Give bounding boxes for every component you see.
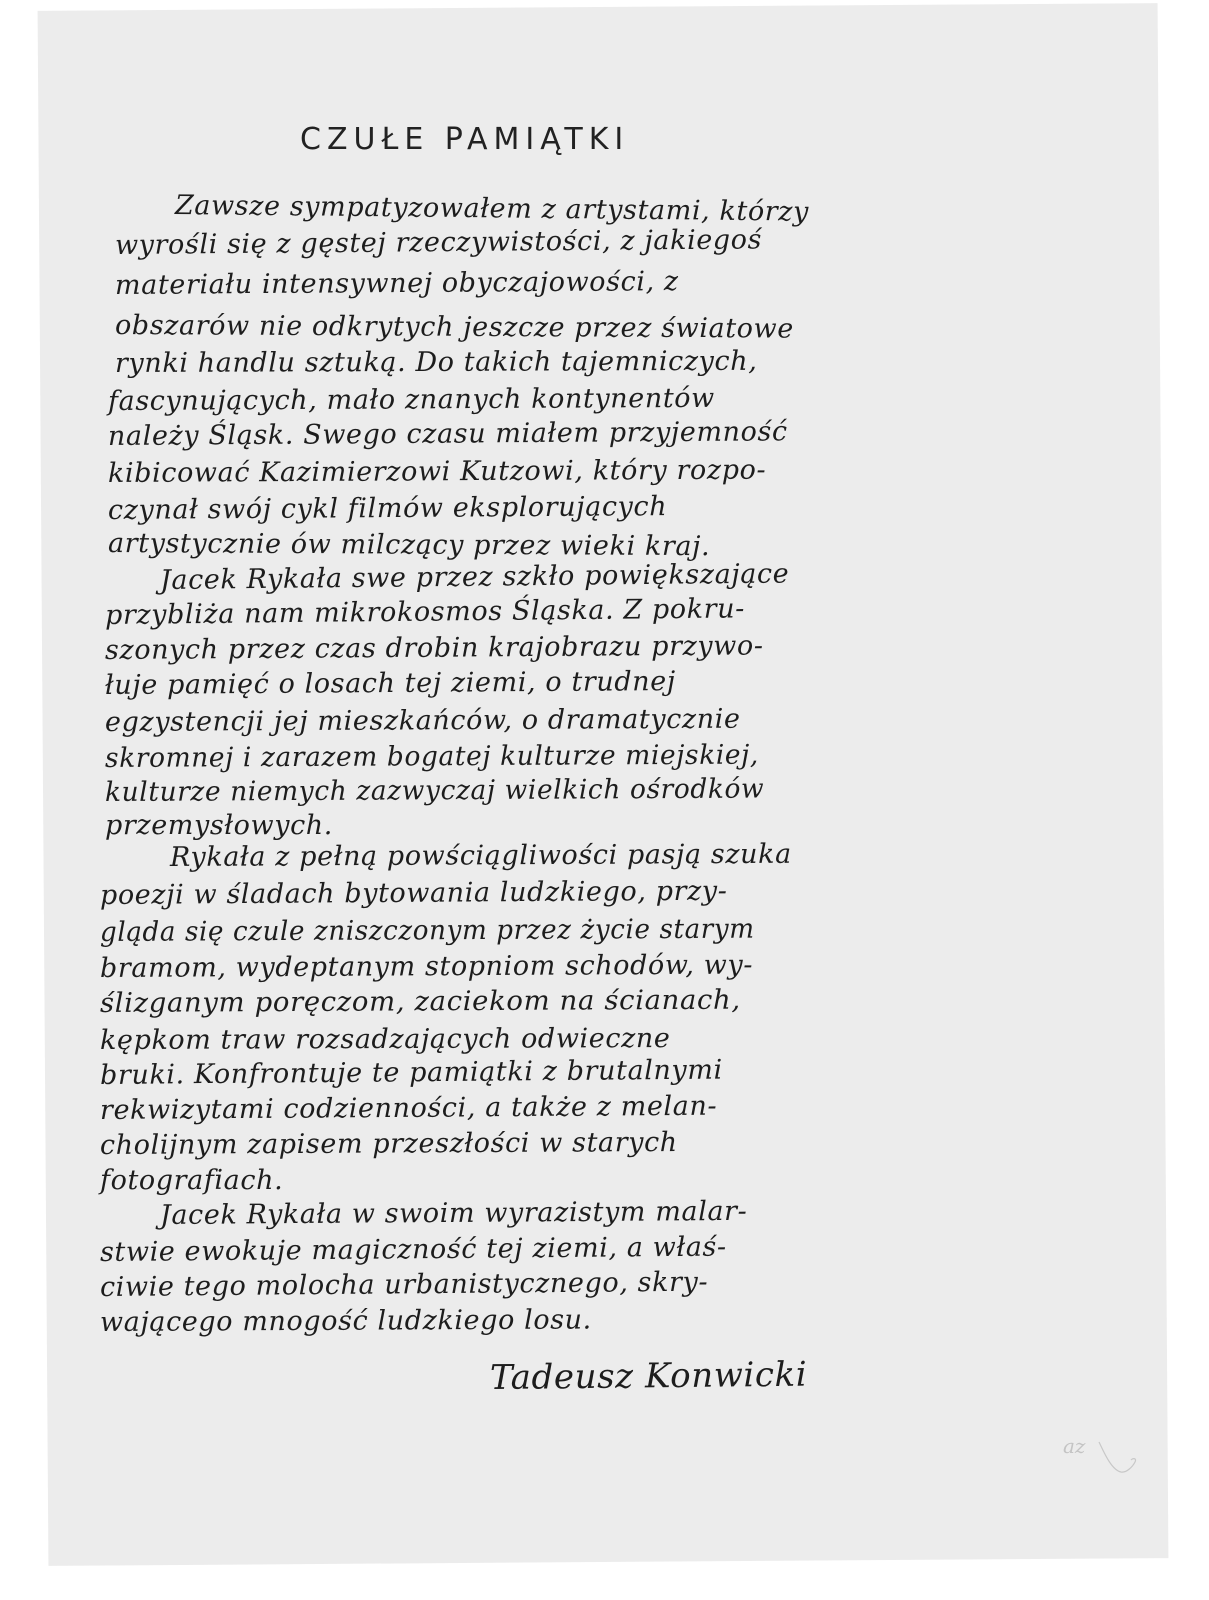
text-line: skromnej i zarazem bogatej kulturze miej… [105, 742, 759, 772]
pencil-initials: az [1063, 1434, 1085, 1458]
text-line: bramom, wydeptanym stopniom schodów, wy- [100, 952, 753, 982]
text-line: łuje pamięć o losach tej ziemi, o trudne… [105, 668, 676, 699]
text-line: Rykała z pełną powściągliwości pasją szu… [170, 841, 792, 871]
text-line: szonych przez czas drobin krajobrazu prz… [105, 632, 764, 664]
text-line: artystycznie ów milczący przez wieki kra… [108, 530, 710, 560]
text-line: fotografiach. [100, 1167, 283, 1194]
text-line: kępkom traw rozsadzających odwieczne [100, 1025, 671, 1054]
text-line: Jacek Rykała w swoim wyrazistym malar- [160, 1198, 748, 1229]
signature: Tadeusz Konwicki [490, 1355, 808, 1398]
text-line: cholijnym zapisem przeszłości w starych [100, 1129, 678, 1159]
text-line: materiału intensywnej obyczajowości, z [115, 268, 679, 299]
text-line: obszarów nie odkrytych jeszcze przez świ… [115, 312, 794, 343]
text-line: Zawsze sympatyzowałem z artystami, którz… [175, 192, 809, 226]
text-line: ślizganym poręczom, zaciekom na ścianach… [100, 987, 741, 1017]
text-line: czynał swój cykl filmów eksplorujących [108, 493, 667, 524]
text-line: rekwizytami codzienności, a także z mela… [100, 1093, 717, 1124]
text-line: gląda się czule zniszczonym przez życie … [100, 916, 755, 946]
text-line: poezji w śladach bytowania ludzkiego, pr… [100, 878, 728, 909]
text-line: rynki handlu sztuką. Do takich tajemnicz… [115, 348, 757, 377]
text-line: kulturze niemych zazwyczaj wielkich ośro… [105, 776, 764, 806]
text-line: ciwie tego molocha urbanistycznego, skry… [100, 1269, 708, 1301]
text-line: kibicować Kazimierzowi Kutzowi, który ro… [108, 457, 766, 487]
letter-title: CZUŁE PAMIĄTKI [300, 122, 629, 157]
scanned-page: CZUŁE PAMIĄTKI Zawsze sympatyzowałem z a… [0, 0, 1209, 1600]
text-line: egzystencji jej mieszkańców, o dramatycz… [105, 706, 741, 736]
text-line: fascynujących, mało znanych kontynentów [108, 385, 715, 415]
text-line: przybliża nam mikrokosmos Śląska. Z pokr… [105, 595, 745, 629]
text-line: Jacek Rykała swe przez szkło powiększają… [160, 560, 790, 594]
text-line: należy Śląsk. Swego czasu miałem przyjem… [108, 418, 788, 450]
text-line: wyrośli się z gęstej rzeczywistości, z j… [115, 226, 762, 259]
text-line: bruki. Konfrontuje te pamiątki z brutaln… [100, 1057, 723, 1089]
pencil-squiggle-icon [1095, 1440, 1140, 1485]
text-line: przemysłowych. [105, 812, 333, 839]
text-line: stwie ewokuje magiczność tej ziemi, a wł… [100, 1234, 727, 1266]
text-line: wającego mnogość ludzkiego losu. [100, 1306, 592, 1336]
